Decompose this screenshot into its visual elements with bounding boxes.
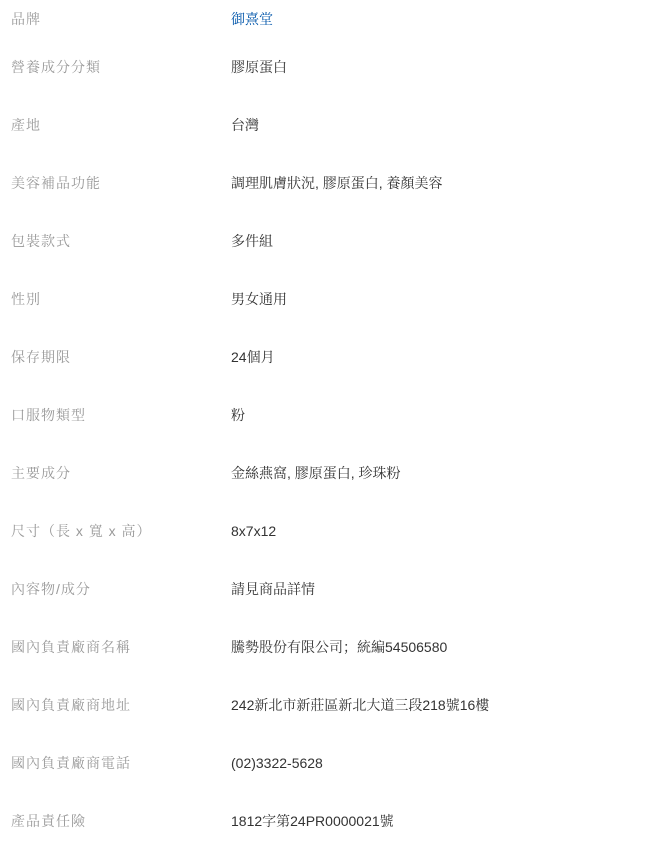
spec-label: 保存期限 (0, 347, 220, 367)
spec-value: 8x7x12 (220, 523, 276, 539)
spec-label: 品牌 (0, 9, 220, 29)
spec-value: 242新北市新莊區新北大道三段218號16樓 (220, 695, 489, 715)
spec-row-gender: 性別 男女通用 (0, 270, 656, 328)
spec-value: 騰勢股份有限公司；統編54506580 (220, 637, 447, 657)
product-spec-list: 品牌 御熹堂 營養成分分類 膠原蛋白 產地 台灣 美容補品功能 調理肌膚狀況, … (0, 0, 656, 850)
spec-value: 調理肌膚狀況, 膠原蛋白, 養顏美容 (220, 173, 443, 193)
spec-value: 御熹堂 (220, 9, 273, 29)
spec-value: 多件組 (220, 231, 273, 251)
spec-row-manufacturer-phone: 國內負責廠商電話 (02)3322-5628 (0, 734, 656, 792)
spec-label: 營養成分分類 (0, 57, 220, 77)
spec-label: 內容物/成分 (0, 579, 220, 599)
spec-row-brand: 品牌 御熹堂 (0, 0, 656, 38)
spec-row-liability-insurance: 產品責任險 1812字第24PR0000021號 (0, 792, 656, 850)
spec-value: 男女通用 (220, 289, 287, 309)
spec-row-origin: 產地 台灣 (0, 96, 656, 154)
spec-label: 產品責任險 (0, 811, 220, 831)
spec-label: 國內負責廠商名稱 (0, 637, 220, 657)
spec-label: 主要成分 (0, 463, 220, 483)
spec-row-main-ingredients: 主要成分 金絲燕窩, 膠原蛋白, 珍珠粉 (0, 444, 656, 502)
spec-row-oral-type: 口服物類型 粉 (0, 386, 656, 444)
spec-value: 24個月 (220, 347, 275, 367)
spec-label: 國內負責廠商電話 (0, 753, 220, 773)
spec-label: 尺寸（長 x 寬 x 高） (0, 521, 220, 541)
spec-row-beauty-function: 美容補品功能 調理肌膚狀況, 膠原蛋白, 養顏美容 (0, 154, 656, 212)
spec-value: 膠原蛋白 (220, 57, 287, 77)
spec-label: 包裝款式 (0, 231, 220, 251)
spec-value: 金絲燕窩, 膠原蛋白, 珍珠粉 (220, 463, 401, 483)
spec-value: 請見商品詳情 (220, 579, 315, 599)
spec-row-manufacturer-name: 國內負責廠商名稱 騰勢股份有限公司；統編54506580 (0, 618, 656, 676)
spec-value: 1812字第24PR0000021號 (220, 811, 394, 831)
spec-label: 美容補品功能 (0, 173, 220, 193)
spec-row-nutrition-category: 營養成分分類 膠原蛋白 (0, 38, 656, 96)
spec-value: (02)3322-5628 (220, 755, 323, 771)
spec-row-shelf-life: 保存期限 24個月 (0, 328, 656, 386)
spec-label: 產地 (0, 115, 220, 135)
spec-value: 台灣 (220, 115, 259, 135)
spec-row-packaging: 包裝款式 多件組 (0, 212, 656, 270)
spec-label: 性別 (0, 289, 220, 309)
brand-link[interactable]: 御熹堂 (231, 11, 273, 27)
spec-value: 粉 (220, 405, 245, 425)
spec-row-dimensions: 尺寸（長 x 寬 x 高） 8x7x12 (0, 502, 656, 560)
spec-label: 國內負責廠商地址 (0, 695, 220, 715)
spec-row-contents: 內容物/成分 請見商品詳情 (0, 560, 656, 618)
spec-row-manufacturer-address: 國內負責廠商地址 242新北市新莊區新北大道三段218號16樓 (0, 676, 656, 734)
spec-label: 口服物類型 (0, 405, 220, 425)
